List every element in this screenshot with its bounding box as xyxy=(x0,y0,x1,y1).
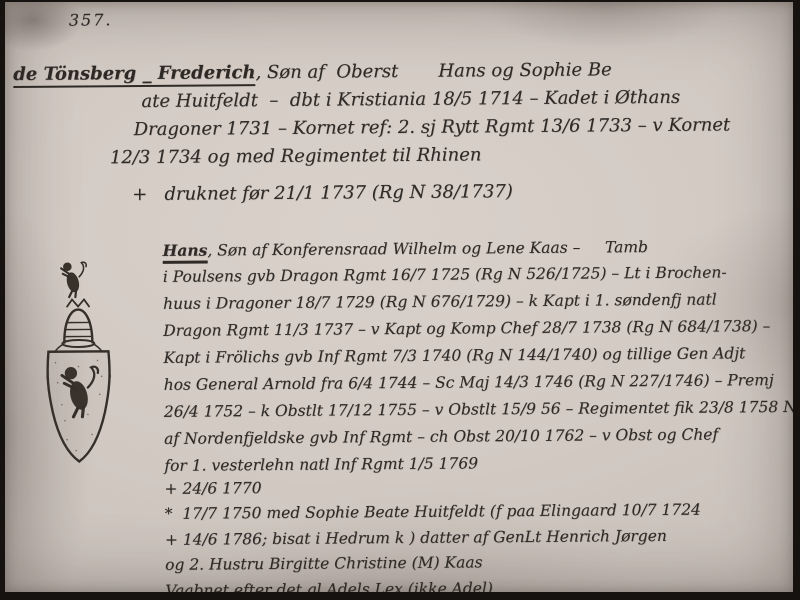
entry-hans-heading: Hans xyxy=(163,241,208,264)
entry-hans-line-1-text: , Søn af Konferensraad Wilhelm og Lene K… xyxy=(207,238,648,259)
coat-of-arms-illustration xyxy=(31,254,127,469)
photo-frame: { "page_number": "357.", "colors": { "pa… xyxy=(0,0,800,600)
crown-icon xyxy=(67,299,89,306)
entry-frederich-line-4: 12/3 1734 og med Regimentet til Rhinen xyxy=(14,139,731,173)
entry-frederich-heading: de Tönsberg _ Frederich xyxy=(13,62,255,88)
entry-hans: Hans, Søn af Konferensraad Wilhelm og Le… xyxy=(163,232,793,480)
shield-icon xyxy=(47,351,110,461)
entry-hans-events: + 24/6 1770 * 17/7 1750 med Sophie Beate… xyxy=(164,472,793,592)
manuscript-page: 357. de Tönsberg _ Frederich, Søn af Obe… xyxy=(5,2,793,592)
manuscript-content: 357. de Tönsberg _ Frederich, Søn af Obe… xyxy=(5,2,793,592)
page-number: 357. xyxy=(69,10,113,29)
entry-hans-line-8: af Nordenfjeldske gvb Inf Rgmt – ch Obst… xyxy=(164,421,793,453)
entry-frederich: de Tönsberg _ Frederich, Søn af Oberst H… xyxy=(13,55,730,173)
entry-frederich-line-3: Dragoner 1731 – Kornet ref: 2. sj Rytt R… xyxy=(14,111,731,145)
crest-lion-icon xyxy=(61,262,86,297)
helmet-icon xyxy=(62,309,94,347)
entry-frederich-line-1-text: , Søn af Oberst Hans og Sophie Be xyxy=(255,59,611,83)
entry-hans-marriage-line-1: * 17/7 1750 med Sophie Beate Huitfeldt (… xyxy=(165,497,793,527)
entry-frederich-death-line: + druknet før 21/1 1737 (Rg N 38/1737) xyxy=(132,181,513,205)
